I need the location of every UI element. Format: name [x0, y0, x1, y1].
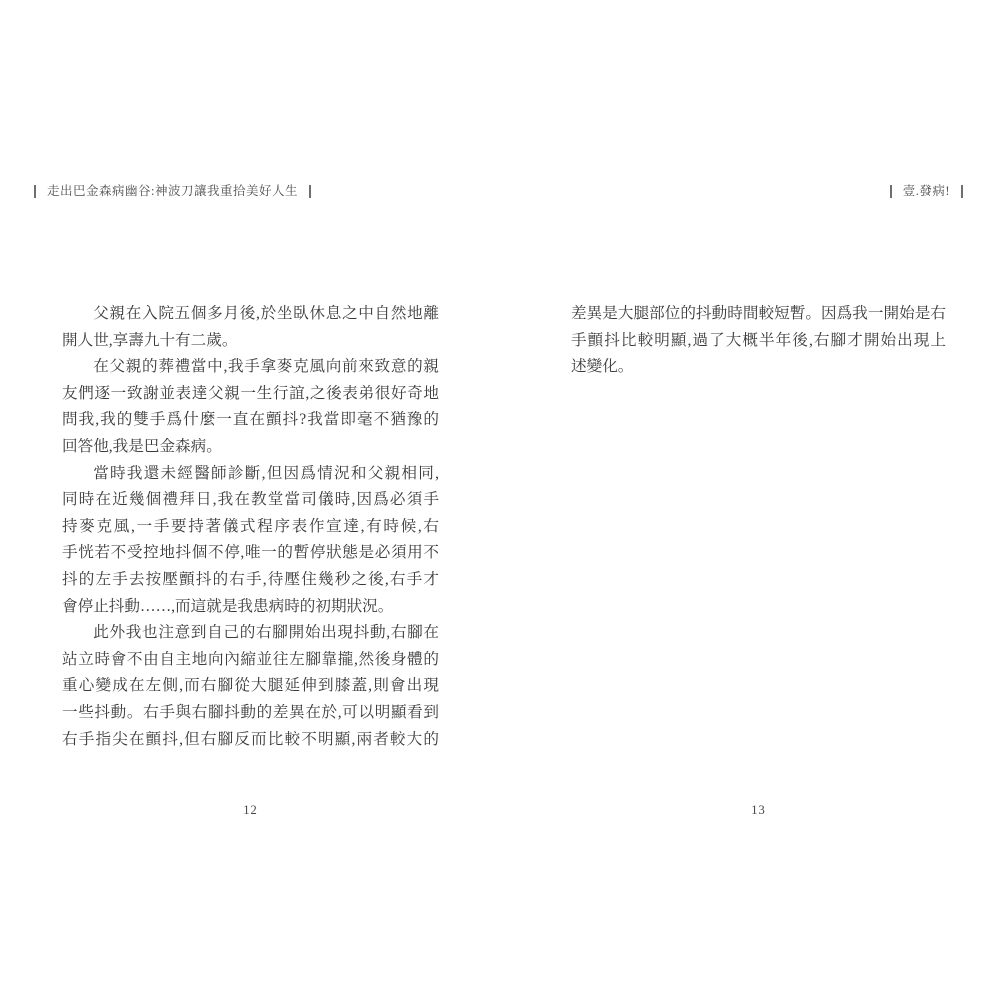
body-text-line: 開人世,享壽九十有二歲。	[62, 328, 439, 355]
book-title-text: 走出巴金森病幽谷:神波刀讓我重拾美好人生	[47, 184, 298, 198]
body-text-line: 會停止抖動……,而這就是我患病時的初期狀況。	[62, 594, 439, 621]
body-text-line: 同時在近幾個禮拜日,我在教堂當司儀時,因爲必須手	[62, 487, 439, 514]
body-text-line: 父親在入院五個多月後,於坐臥休息之中自然地離	[62, 301, 439, 328]
body-text-line: 差異是大腿部位的抖動時間較短暫。因爲我一開始是右	[571, 301, 946, 328]
body-text-line: 抖的左手去按壓顫抖的右手,待壓住幾秒之後,右手才	[62, 567, 439, 594]
body-text-line: 手顫抖比較明顯,過了大概半年後,右腳才開始出現上	[571, 328, 946, 355]
body-text-line: 當時我還未經醫師診斷,但因爲情況和父親相同,	[62, 461, 439, 488]
header-rule-left	[34, 185, 36, 198]
header-rule-left	[890, 185, 892, 198]
body-text-line: 右手指尖在顫抖,但右腳反而比較不明顯,兩者較大的	[62, 727, 439, 754]
running-header-book-title: 走出巴金森病幽谷:神波刀讓我重拾美好人生	[34, 184, 311, 198]
body-text-line: 持麥克風,一手要持著儀式程序表作宣達,有時候,右	[62, 514, 439, 541]
body-text-line: 回答他,我是巴金森病。	[62, 434, 439, 461]
header-rule-right	[309, 185, 311, 198]
body-text-line: 一些抖動。右手與右腳抖動的差異在於,可以明顯看到	[62, 700, 439, 727]
running-header-chapter: 壹.發病!	[890, 184, 963, 198]
book-page-spread: 走出巴金森病幽谷:神波刀讓我重拾美好人生 壹.發病! 父親在入院五個多月後,於坐…	[0, 0, 1000, 1000]
body-text-line: 站立時會不由自主地向內縮並往左腳靠攏,然後身體的	[62, 647, 439, 674]
body-text-line: 此外我也注意到自己的右腳開始出現抖動,右腳在	[62, 620, 439, 647]
page-number-left: 12	[62, 803, 439, 818]
left-page-text-column: 父親在入院五個多月後,於坐臥休息之中自然地離 開人世,享壽九十有二歲。 在父親的…	[62, 301, 439, 753]
page-number-right: 13	[571, 803, 946, 818]
chapter-title-text: 壹.發病!	[903, 184, 950, 198]
body-text-line: 手恍若不受控地抖個不停,唯一的暫停狀態是必須用不	[62, 540, 439, 567]
body-text-line: 問我,我的雙手爲什麼一直在顫抖?我當即毫不猶豫的	[62, 407, 439, 434]
right-page-text-column: 差異是大腿部位的抖動時間較短暫。因爲我一開始是右 手顫抖比較明顯,過了大概半年後…	[571, 301, 946, 381]
header-rule-right	[961, 185, 963, 198]
body-text-line: 友們逐一致謝並表達父親一生行誼,之後表弟很好奇地	[62, 381, 439, 408]
body-text-line: 在父親的葬禮當中,我手拿麥克風向前來致意的親	[62, 354, 439, 381]
body-text-line: 述變化。	[571, 354, 946, 381]
body-text-line: 重心變成在左側,而右腳從大腿延伸到膝蓋,則會出現	[62, 673, 439, 700]
